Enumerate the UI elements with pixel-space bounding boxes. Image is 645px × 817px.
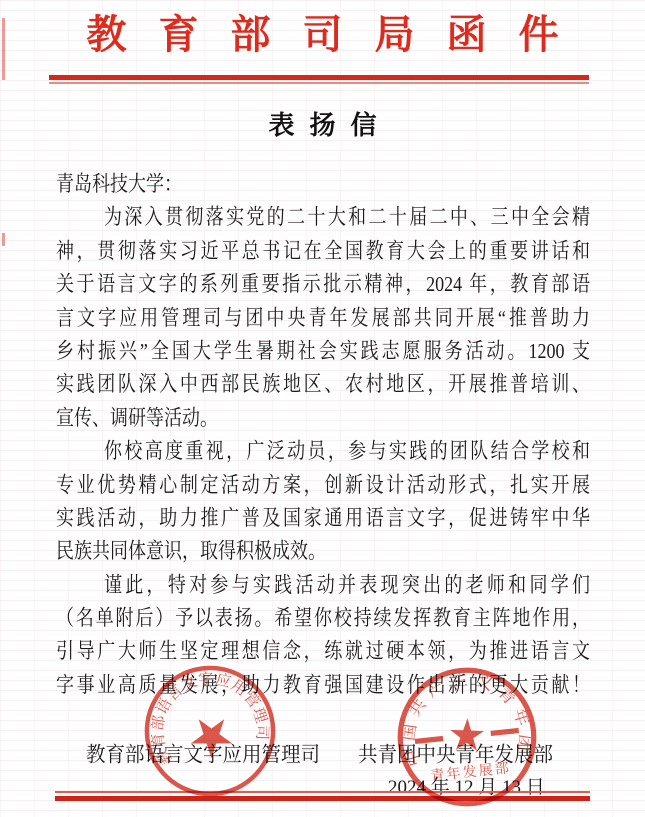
letterhead-text: 教育部司局函件	[87, 12, 591, 57]
seal-bar-right	[490, 728, 519, 736]
seal-bar-left	[415, 736, 444, 744]
letterhead-rule-thick	[49, 75, 589, 80]
letterhead-rule-thin	[49, 82, 589, 84]
seal-moe-language-dept: 教育部语言文字应用管理司	[141, 662, 279, 800]
seal-inner-text: 青年发展部	[430, 759, 512, 784]
seal-arc-text: 中国共产主义青年团	[394, 664, 539, 773]
seal-cyl-youth-development-dept: 中国共产主义青年团 青年发展部	[394, 664, 540, 810]
seal-arc-text: 教育部语言文字应用管理司	[141, 662, 275, 769]
body-lines: 青岛科技大学：为深入贯彻落实党的二十大和二十届二中、三中全会精神，贯彻落实习近平…	[56, 168, 590, 702]
star-icon	[182, 707, 238, 763]
document-title: 表扬信	[0, 111, 645, 141]
letterhead-title: 教育部司局函件	[0, 13, 645, 57]
scan-artifact-mark	[2, 233, 5, 246]
star-icon	[450, 718, 485, 751]
letter-page: 教育部司局函件 表扬信 青岛科技大学：为深入贯彻落实党的二十大和二十届二中、三中…	[0, 0, 645, 817]
document-title-text: 表扬信	[268, 111, 391, 140]
